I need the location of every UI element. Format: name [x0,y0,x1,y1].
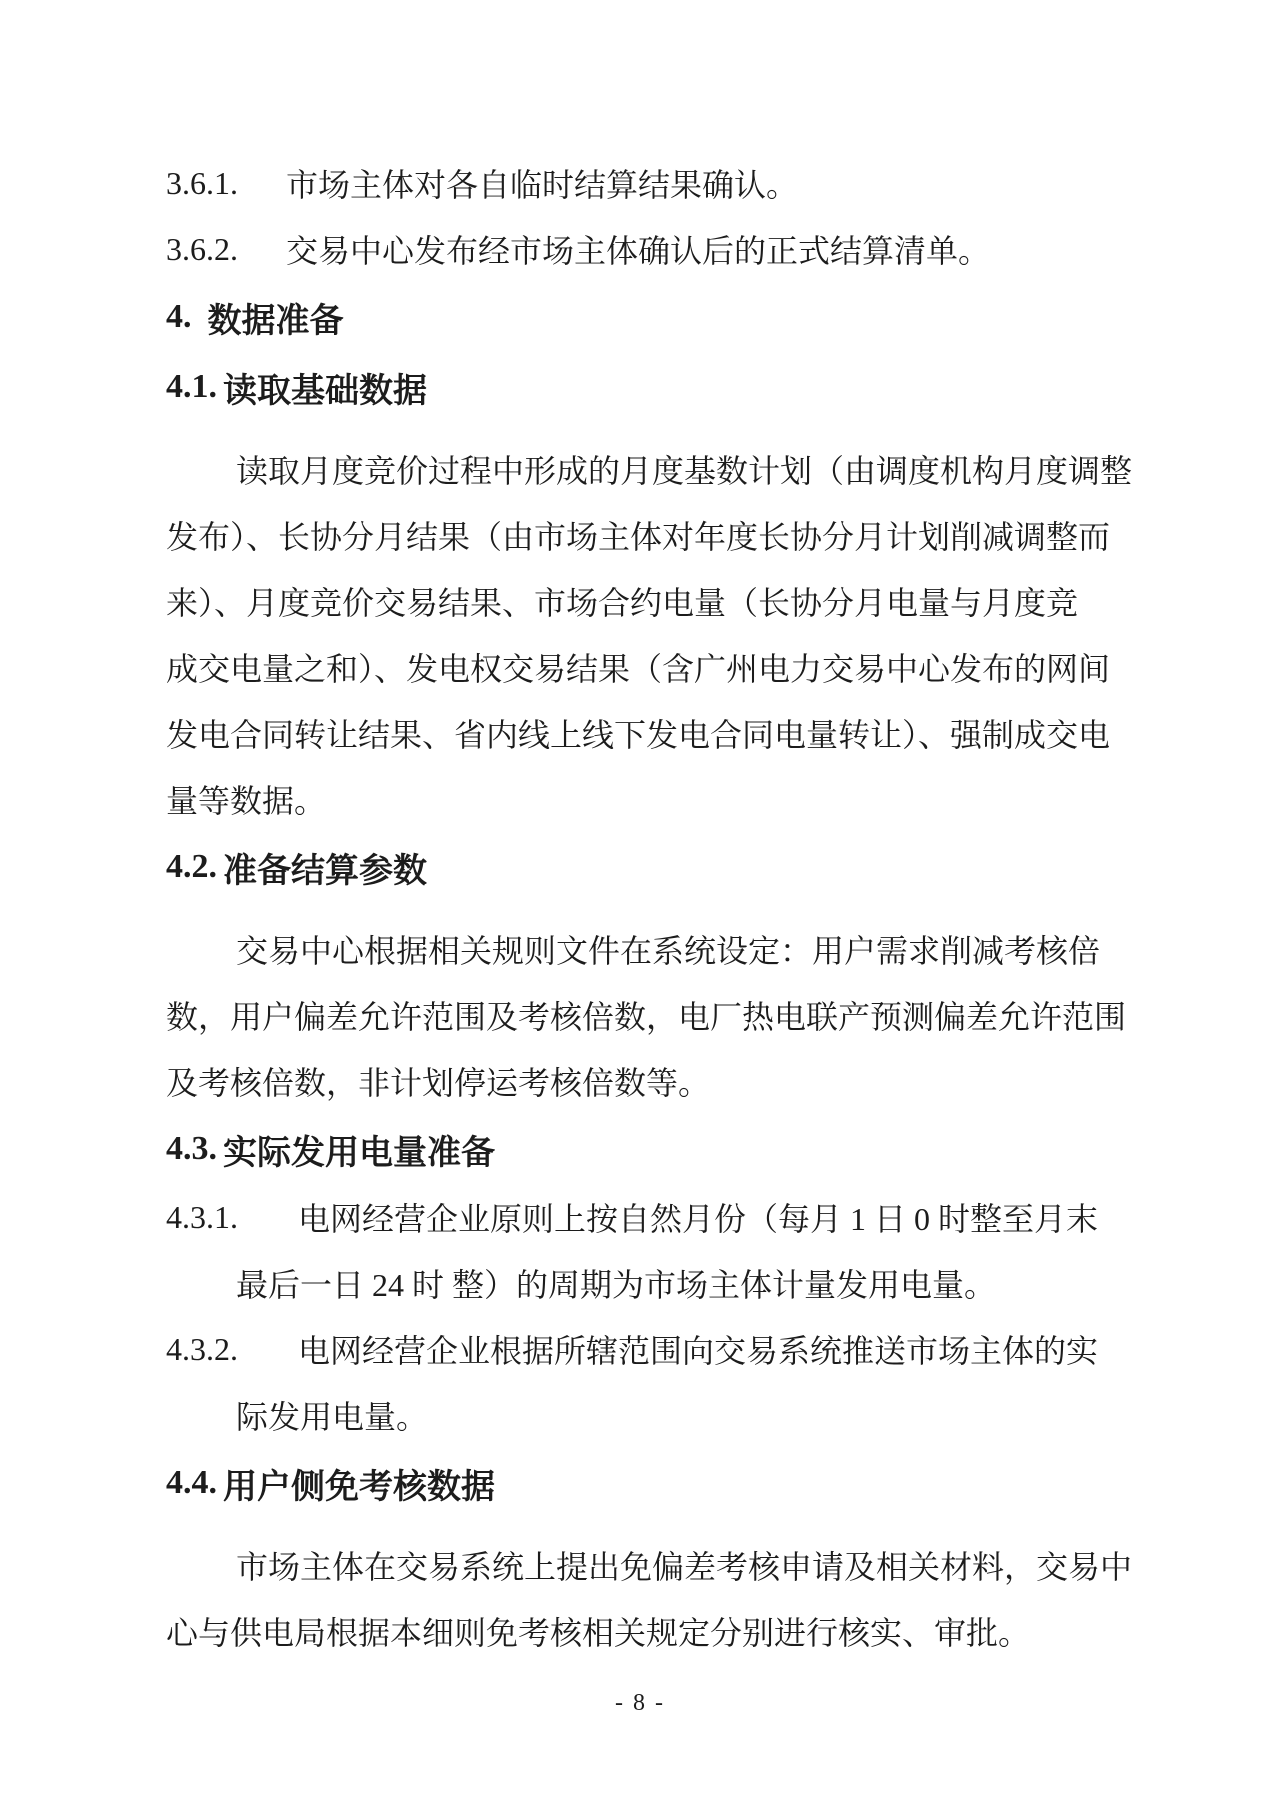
paragraph-line: 读取月度竞价过程中形成的月度基数计划（由调度机构月度调整 [166,436,1120,502]
clause-4-3-2: 4.3.2.电网经营企业根据所辖范围向交易系统推送市场主体的实 际发用电量。 [166,1316,1120,1448]
heading-4-2: 4.2.准备结算参数 [166,832,1120,902]
clause-number: 4.3.1. [166,1199,298,1236]
clause-first-line: 4.3.2.电网经营企业根据所辖范围向交易系统推送市场主体的实 [166,1316,1120,1382]
heading-number: 4.2. [166,848,217,886]
paragraph-line: 发电合同转让结果、省内线上线下发电合同电量转让）、强制成交电 [166,700,1120,766]
document-body: 3.6.1.市场主体对各自临时结算结果确认。 3.6.2.交易中心发布经市场主体… [166,150,1120,1664]
paragraph-line: 成交电量之和）、发电权交易结果（含广州电力交易中心发布的网间 [166,634,1120,700]
heading-4-3: 4.3.实际发用电量准备 [166,1114,1120,1184]
clause-continuation-line: 际发用电量。 [166,1382,1120,1448]
paragraph-line: 量等数据。 [166,766,1120,832]
paragraph-4-1: 读取月度竞价过程中形成的月度基数计划（由调度机构月度调整 发布）、长协分月结果（… [166,436,1120,832]
heading-text: 读取基础数据 [223,363,427,412]
paragraph-line: 数，用户偏差允许范围及考核倍数，电厂热电联产预测偏差允许范围 [166,982,1120,1048]
clause-text: 电网经营企业根据所辖范围向交易系统推送市场主体的实 [298,1326,1098,1372]
heading-text: 实际发用电量准备 [223,1125,495,1174]
heading-4-4: 4.4.用户侧免考核数据 [166,1448,1120,1518]
heading-text: 用户侧免考核数据 [223,1459,495,1508]
clause-number: 4.3.2. [166,1331,298,1368]
document-page: 3.6.1.市场主体对各自临时结算结果确认。 3.6.2.交易中心发布经市场主体… [0,0,1280,1809]
clause-text: 电网经营企业原则上按自然月份（每月 1 日 0 时整至月末 [298,1194,1098,1240]
heading-number: 4. [166,298,192,336]
clause-continuation-line: 最后一日 24 时 整）的周期为市场主体计量发用电量。 [166,1250,1120,1316]
clause-3-6-2: 3.6.2.交易中心发布经市场主体确认后的正式结算清单。 [166,216,1120,282]
heading-text: 数据准备 [208,293,344,342]
paragraph-line: 发布）、长协分月结果（由市场主体对年度长协分月计划削减调整而 [166,502,1120,568]
clause-number: 3.6.2. [166,231,286,268]
paragraph-line: 交易中心根据相关规则文件在系统设定：用户需求削减考核倍 [166,916,1120,982]
paragraph-line: 来）、月度竞价交易结果、市场合约电量（长协分月电量与月度竞 [166,568,1120,634]
clause-4-3-1: 4.3.1.电网经营企业原则上按自然月份（每月 1 日 0 时整至月末 最后一日… [166,1184,1120,1316]
paragraph-line: 及考核倍数，非计划停运考核倍数等。 [166,1048,1120,1114]
clause-number: 3.6.1. [166,165,286,202]
clause-text: 交易中心发布经市场主体确认后的正式结算清单。 [286,226,990,272]
clause-text: 市场主体对各自临时结算结果确认。 [286,160,798,206]
page-number: - 8 - [0,1690,1280,1717]
heading-number: 4.3. [166,1130,217,1168]
paragraph-line: 市场主体在交易系统上提出免偏差考核申请及相关材料，交易中 [166,1532,1120,1598]
heading-section-4: 4.数据准备 [166,282,1120,352]
clause-first-line: 4.3.1.电网经营企业原则上按自然月份（每月 1 日 0 时整至月末 [166,1184,1120,1250]
heading-text: 准备结算参数 [223,843,427,892]
heading-number: 4.1. [166,368,217,406]
heading-number: 4.4. [166,1464,217,1502]
paragraph-4-2: 交易中心根据相关规则文件在系统设定：用户需求削减考核倍 数，用户偏差允许范围及考… [166,916,1120,1114]
clause-3-6-1: 3.6.1.市场主体对各自临时结算结果确认。 [166,150,1120,216]
heading-4-1: 4.1.读取基础数据 [166,352,1120,422]
paragraph-line: 心与供电局根据本细则免考核相关规定分别进行核实、审批。 [166,1598,1120,1664]
paragraph-4-4: 市场主体在交易系统上提出免偏差考核申请及相关材料，交易中 心与供电局根据本细则免… [166,1532,1120,1664]
